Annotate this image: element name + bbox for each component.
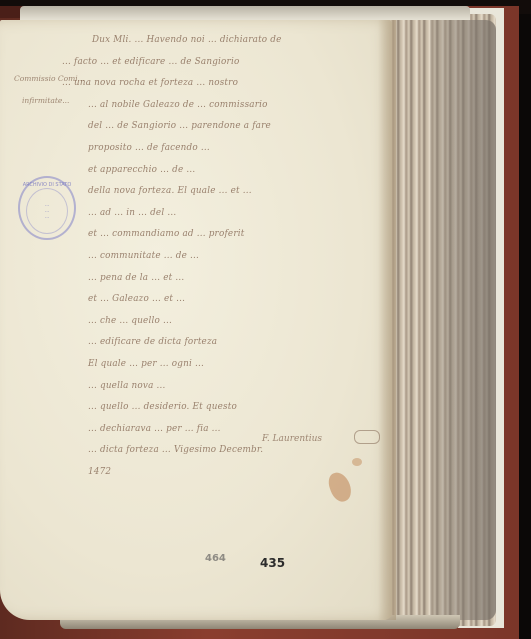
folio-ghost-number: 464 — [205, 553, 226, 564]
text-line: ... edificare de dicta forteza — [62, 332, 382, 354]
text-line: ... al nobile Galeazo de ... commissario — [62, 95, 382, 117]
manuscript-text: Dux Mli. ... Havendo noi ... dichiarato … — [62, 30, 382, 483]
text-line: Dux Mli. ... Havendo noi ... dichiarato … — [62, 30, 382, 52]
signature: F. Laurentius — [262, 434, 322, 444]
archive-stamp: ARCHIVIO DI STATO ... ... ... — [18, 176, 76, 240]
text-line: ... quello ... desiderio. Et questo — [62, 397, 382, 419]
text-line: del ... de Sangiorio ... parendone a far… — [62, 116, 382, 138]
text-line: proposito ... de facendo ... — [62, 138, 382, 160]
page-block-shade — [430, 20, 496, 620]
stamp-line: ... — [45, 214, 50, 220]
text-line: ... facto ... et edificare ... de Sangio… — [62, 52, 382, 74]
folio-number: 435 — [260, 556, 285, 570]
bracket-mark — [354, 430, 380, 444]
page-top-edge — [20, 6, 470, 20]
text-line: et ... Galeazo ... et ... — [62, 289, 382, 311]
text-line: ... una nova rocha et forteza ... nostro — [62, 73, 382, 95]
text-line: ... pena de la ... et ... — [62, 268, 382, 290]
text-line: ... communitate ... de ... — [62, 246, 382, 268]
text-line: et ... commandiamo ad ... proferit — [62, 224, 382, 246]
text-line: ... ad ... in ... del ... — [62, 203, 382, 225]
ink-stain — [352, 458, 362, 466]
text-line: ... che ... quello ... — [62, 311, 382, 333]
text-line: ... quella nova ... — [62, 376, 382, 398]
text-line: et apparecchio ... de ... — [62, 160, 382, 182]
stamp-inner: ... ... ... — [26, 188, 68, 234]
text-line: El quale ... per ... ogni ... — [62, 354, 382, 376]
text-line: della nova forteza. El quale ... et ... — [62, 181, 382, 203]
text-line: ... dicta forteza ... Vigesimo Decembr. — [62, 440, 382, 462]
text-line: ... dechiarava ... per ... fia ... — [62, 419, 382, 441]
